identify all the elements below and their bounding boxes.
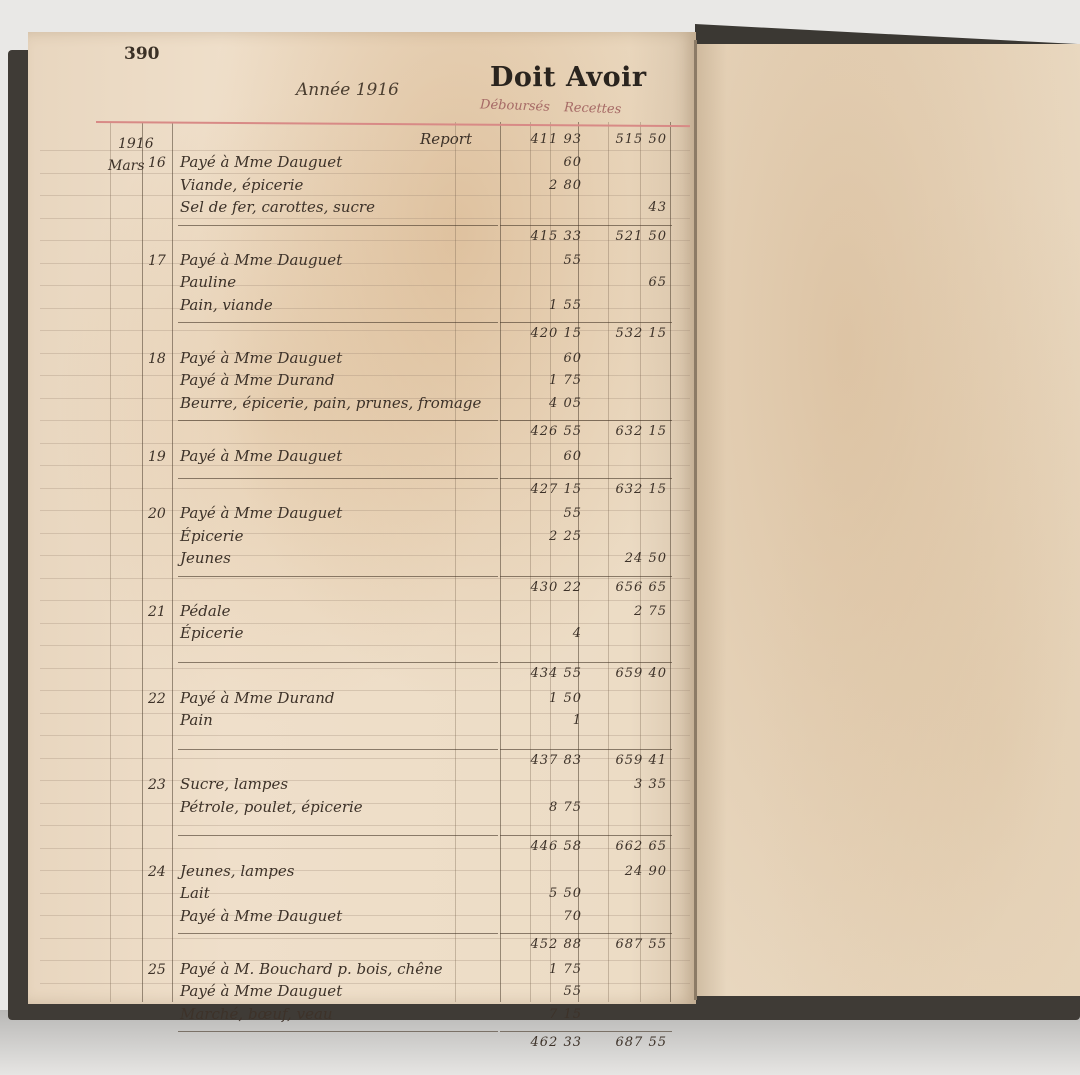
total-separator	[500, 662, 672, 663]
margin-month: Mars	[108, 158, 145, 174]
entry-avoir-amount: 3 35	[582, 777, 667, 792]
entry-doit-amount: 7 15	[497, 1007, 582, 1022]
total-separator	[500, 322, 672, 323]
running-total-doit: 437 83	[497, 753, 582, 768]
entry-day: 24	[148, 864, 166, 880]
entry-separator	[178, 1031, 498, 1032]
running-total-doit: 415 33	[497, 229, 582, 244]
entry-description: Payé à Mme Durand	[180, 371, 334, 389]
entry-doit-amount: 60	[497, 155, 582, 170]
entry-description: Pain, viande	[180, 296, 273, 314]
entry-description: Payé à Mme Dauguet	[180, 447, 342, 465]
entry-description: Pédale	[180, 602, 231, 620]
ruled-line	[40, 263, 690, 264]
margin-year: 1916	[118, 136, 154, 152]
entry-separator	[178, 933, 498, 934]
running-total-avoir: 659 41	[582, 753, 667, 768]
entry-avoir-amount: 24 90	[582, 864, 667, 879]
entry-day: 25	[148, 962, 166, 978]
entry-avoir-amount: 65	[582, 275, 667, 290]
ruled-line	[40, 803, 690, 804]
entry-doit-amount: 5 50	[497, 886, 582, 901]
entry-separator	[178, 322, 498, 323]
ruled-line	[40, 623, 690, 624]
entry-description: Épicerie	[180, 527, 243, 545]
entry-description: Payé à Mme Dauguet	[180, 153, 342, 171]
ruled-line	[40, 735, 690, 736]
running-total-avoir: 532 15	[582, 326, 667, 341]
entry-description: Payé à M. Bouchard p. bois, chêne	[180, 960, 443, 978]
total-separator	[500, 420, 672, 421]
ruled-line	[40, 510, 690, 511]
total-separator	[500, 576, 672, 577]
entry-description: Payé à Mme Dauguet	[180, 907, 342, 925]
entry-avoir-amount: 24 50	[582, 551, 667, 566]
page-number: 390	[124, 44, 160, 64]
entry-description: Payé à Mme Dauguet	[180, 349, 342, 367]
entry-doit-amount: 55	[497, 984, 582, 999]
running-total-doit: 462 33	[497, 1035, 582, 1050]
entry-description: Payé à Mme Durand	[180, 689, 334, 707]
column-header-doit-avoir: Doit Avoir	[490, 62, 647, 93]
entry-description: Épicerie	[180, 624, 243, 642]
column-line	[670, 122, 671, 1002]
entry-separator	[178, 225, 498, 226]
entry-description: Pauline	[180, 273, 236, 291]
entry-doit-amount: 1 75	[497, 373, 582, 388]
entry-doit-amount: 1 50	[497, 691, 582, 706]
entry-description: Pétrole, poulet, épicerie	[180, 798, 363, 816]
running-total-avoir: 687 55	[582, 937, 667, 952]
entry-doit-amount: 2 80	[497, 178, 582, 193]
entry-day: 20	[148, 506, 166, 522]
entry-day: 18	[148, 351, 166, 367]
entry-description: Payé à Mme Dauguet	[180, 982, 342, 1000]
entry-description: Pain	[180, 711, 213, 729]
entry-day: 22	[148, 691, 166, 707]
ruled-line	[40, 825, 690, 826]
running-total-avoir: 659 40	[582, 666, 667, 681]
running-total-doit: 434 55	[497, 666, 582, 681]
entry-separator	[178, 420, 498, 421]
ruled-line	[40, 308, 690, 309]
running-total-doit: 420 15	[497, 326, 582, 341]
ruled-line	[40, 645, 690, 646]
ruled-line	[40, 375, 690, 376]
running-total-doit: 427 15	[497, 482, 582, 497]
running-total-doit: 446 58	[497, 839, 582, 854]
entry-description: Payé à Mme Dauguet	[180, 251, 342, 269]
ruled-line	[40, 533, 690, 534]
total-separator	[500, 749, 672, 750]
ruled-line	[40, 600, 690, 601]
total-separator	[500, 835, 672, 836]
report-label: Report	[420, 130, 472, 148]
entry-doit-amount: 4 05	[497, 396, 582, 411]
entry-avoir-amount: 2 75	[582, 604, 667, 619]
entry-separator	[178, 576, 498, 577]
entry-description: Beurre, épicerie, pain, prunes, fromage	[180, 394, 481, 412]
ruled-line	[40, 690, 690, 691]
total-separator	[500, 478, 672, 479]
entry-description: Sel de fer, carottes, sucre	[180, 198, 375, 216]
ruled-line	[40, 578, 690, 579]
entry-separator	[178, 835, 498, 836]
entry-separator	[178, 662, 498, 663]
entry-doit-amount: 60	[497, 449, 582, 464]
ruled-line	[40, 353, 690, 354]
ruled-line	[40, 465, 690, 466]
right-page-blank	[696, 44, 1080, 996]
total-separator	[500, 225, 672, 226]
ruled-line	[40, 983, 690, 984]
column-line	[110, 122, 111, 1002]
entry-separator	[178, 749, 498, 750]
column-line	[172, 122, 173, 1002]
total-separator	[500, 933, 672, 934]
ruled-line	[40, 893, 690, 894]
entry-description: Payé à Mme Dauguet	[180, 504, 342, 522]
running-total-avoir: 632 15	[582, 424, 667, 439]
running-total-avoir: 632 15	[582, 482, 667, 497]
subheader-credits: Recettes	[564, 100, 622, 117]
entry-doit-amount: 1 55	[497, 298, 582, 313]
entry-doit-amount: 2 25	[497, 529, 582, 544]
ruled-line	[40, 713, 690, 714]
total-separator	[500, 1031, 672, 1032]
column-line	[142, 122, 143, 1002]
entry-doit-amount: 55	[497, 253, 582, 268]
entry-doit-amount: 70	[497, 909, 582, 924]
entry-day: 21	[148, 604, 166, 620]
running-total-doit: 426 55	[497, 424, 582, 439]
running-total-doit: 430 22	[497, 580, 582, 595]
running-total-doit: 452 88	[497, 937, 582, 952]
report-avoir: 515 50	[582, 132, 667, 147]
entry-doit-amount: 1	[497, 713, 582, 728]
entry-doit-amount: 4	[497, 626, 582, 641]
entry-doit-amount: 60	[497, 351, 582, 366]
subheader-debits: Déboursés	[480, 97, 550, 114]
entry-day: 16	[148, 155, 166, 171]
column-line	[455, 122, 456, 1002]
entry-doit-amount: 1 75	[497, 962, 582, 977]
entry-description: Sucre, lampes	[180, 775, 288, 793]
running-total-avoir: 662 65	[582, 839, 667, 854]
ruled-line	[40, 915, 690, 916]
entry-day: 23	[148, 777, 166, 793]
entry-description: Viande, épicerie	[180, 176, 303, 194]
entry-separator	[178, 478, 498, 479]
running-total-avoir: 521 50	[582, 229, 667, 244]
entry-doit-amount: 55	[497, 506, 582, 521]
entry-description: Lait	[180, 884, 210, 902]
running-total-avoir: 656 65	[582, 580, 667, 595]
book-gutter	[694, 40, 697, 1000]
running-total-avoir: 687 55	[582, 1035, 667, 1050]
entry-description: Jeunes, lampes	[180, 862, 294, 880]
entry-avoir-amount: 43	[582, 200, 667, 215]
ruled-line	[40, 195, 690, 196]
entry-day: 17	[148, 253, 166, 269]
ruled-line	[40, 443, 690, 444]
entry-doit-amount: 8 75	[497, 800, 582, 815]
entry-description: Marché, bœuf, veau	[180, 1005, 333, 1023]
entry-description: Jeunes	[180, 549, 231, 567]
report-doit: 411 93	[497, 132, 582, 147]
year-title: Année 1916	[296, 80, 399, 100]
ruled-line	[40, 218, 690, 219]
entry-day: 19	[148, 449, 166, 465]
left-page-ledger	[28, 32, 696, 1004]
